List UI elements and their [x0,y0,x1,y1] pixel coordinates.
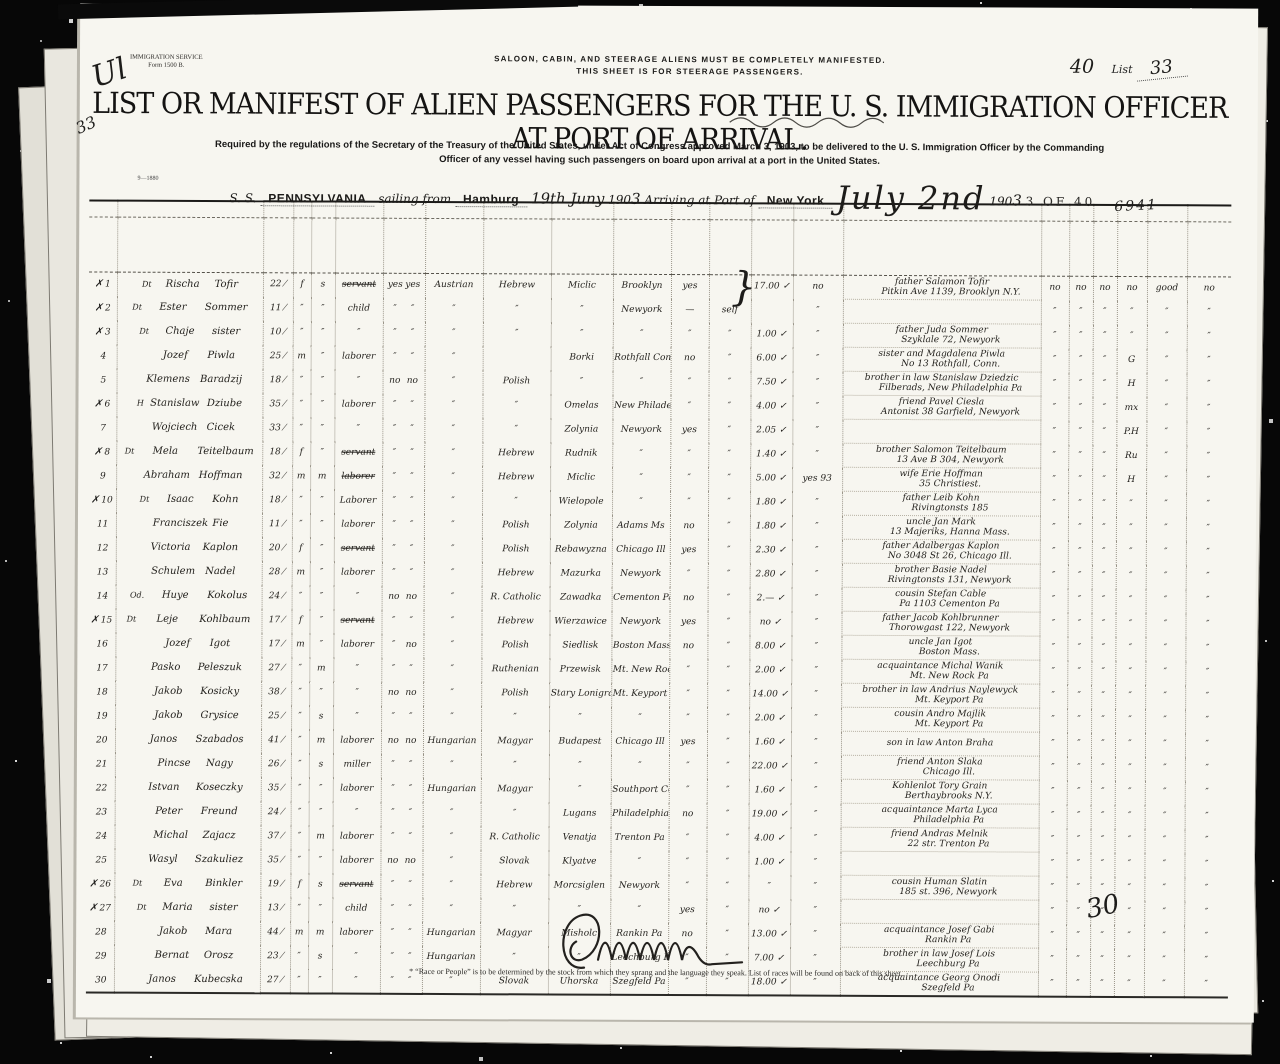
contract-labor-cell: ″ [1117,324,1147,348]
polygamist-cell: ″ [1067,612,1091,636]
row-number-cell: 13 [88,560,116,584]
nationality-cell: ″ [423,801,481,825]
deformed-cell: ″ [1186,493,1230,517]
margin-x-mark: ✗ [95,279,103,290]
read-write-cell: nono [382,585,424,609]
row-number-cell: 9 [88,464,116,488]
relative-line1: acquaintance Josef Gabi [884,925,994,935]
read-write-cell: ″″ [381,609,423,633]
read-value: ″ [386,425,404,435]
nationality-cell: ″ [422,873,480,897]
calling-value: servant [340,615,374,625]
nationality-cell: Austrian [425,273,483,297]
sailing-year: 190 [608,193,631,207]
row-number-cell: 19 [87,704,115,728]
surname: Zajacz [203,830,236,841]
write-value: ″ [401,929,419,939]
name-cell: DtEsterSommer [117,296,263,321]
race-cell: ″ [481,754,549,778]
race-cell: ″ [483,298,551,322]
relative-line1: father Juda Sommer [896,325,988,335]
write-value: ″ [403,569,421,579]
calling-cell: laborer [333,777,381,801]
relative-friend-cell: son in law Anton Braha [841,731,1039,756]
name-cell: HStanislawDziube [116,392,262,417]
ticket-cell: no [670,587,708,611]
ticket-cell: no [669,803,707,827]
money-cell: 2.00 ✓ [749,707,791,731]
ticket-cell: no [671,347,709,371]
calling-value: servant [339,879,373,889]
row-number-cell: 29 [86,944,114,968]
sex-cell: ″ [292,417,310,441]
destination-cell: Brooklyn [613,274,671,298]
relative-line2: Filberads, New Philadelphia Pa [844,383,1039,393]
calling-cell: child [332,897,380,921]
anarchist-cell: ″ [1092,516,1116,540]
health-cell: ″ [1146,541,1186,565]
contract-labor-cell: ″ [1115,732,1145,756]
relative-line2 [844,311,1039,312]
sailing-from-label: sailing from [378,192,451,206]
sex-cell: ″ [293,321,311,345]
row-number: 28 [95,927,106,937]
manifest-sheet: IMMIGRATION SERVICEForm 1500 B. Ul 33 SA… [76,3,1258,1022]
steerage-notice: SALOON, CABIN, AND STEERAGE ALIENS MUST … [410,53,970,79]
calling-cell: child [335,297,383,321]
deformed-cell: ″ [1186,541,1230,565]
arrival-year-digit: 3 [1012,192,1022,210]
age-cell: 18 [262,489,292,513]
passage-paid-cell: ″ [708,515,750,539]
ticket-cell: — [671,299,709,323]
list-number-line: 40 List 33 [1070,56,1187,80]
health-cell: ″ [1146,493,1186,517]
health-cell: ″ [1145,613,1185,637]
read-write-cell: nono [381,729,423,753]
sex-cell: ″ [291,777,309,801]
column-header-row [89,217,1231,277]
money-cell [751,299,793,323]
polygamist-cell: ″ [1068,444,1092,468]
passage-paid-cell: ″ [709,323,751,347]
write-value: ″ [403,521,421,531]
destination-cell: Philadelphia Pa [611,802,669,826]
row-number: 19 [96,711,107,721]
race-cell: Hebrew [482,466,550,490]
calling-value: Laborer [340,495,376,505]
nationality-cell: ″ [425,369,483,393]
anarchist-cell: ″ [1091,708,1115,732]
relative-line1: uncle Jan Igot [909,637,973,647]
given-name: Michal [143,831,199,842]
prison-cell: ″ [1040,588,1068,612]
ss-label: S. S. [229,191,256,205]
name-cell: DtLejeKohlbaum [115,608,261,633]
ship-name: PENNSYLVANIA [260,191,374,206]
contract-labor-cell: ″ [1114,924,1144,948]
row-number-cell: 7 [88,416,116,440]
row-number-cell: 18 [87,680,115,704]
relative-friend-cell: brother in law Andrius NaylewyckMt. Keyp… [841,683,1039,708]
read-value: ″ [386,305,404,315]
dt-annotation: Dt [127,615,137,624]
name-cell: PeterFreund [115,800,261,825]
age-cell: 18 [262,441,292,465]
row-number-cell: ✗8 [88,440,116,464]
row-number: 2 [105,303,111,313]
nationality-cell: ″ [424,537,482,561]
prison-cell: ″ [1039,780,1067,804]
last-residence-cell: Wierzawice [549,610,611,634]
health-cell: ″ [1146,565,1186,589]
married-single-cell: ″ [311,321,335,345]
race-cell: Hebrew [480,874,548,898]
row-number-cell: 5 [89,368,117,392]
last-residence-cell: Budapest [549,730,611,754]
read-value: ″ [386,401,404,411]
row-number: 23 [96,807,107,817]
nationality-cell: ″ [423,705,481,729]
married-single-cell: ″ [310,393,334,417]
calling-cell: servant [335,273,383,297]
column-header [1093,221,1117,276]
married-single-cell: s [309,705,333,729]
write-value: ″ [401,905,419,915]
ever-before-cell: ″ [792,395,842,419]
row-number-cell: 16 [87,632,115,656]
relative-line2 [842,863,1037,864]
name-cell: DtRischaTofir [117,272,263,297]
married-single-cell: ″ [309,633,333,657]
money-cell: 14.00 ✓ [749,683,791,707]
deformed-cell: ″ [1187,301,1231,325]
passage-paid-cell: ″ [706,875,748,899]
money-cell: 1.60 ✓ [749,731,791,755]
relative-line1: wife Erie Hoffman [899,469,982,479]
margin-x-mark: ✗ [94,398,102,409]
nationality-cell: ″ [425,345,483,369]
sex-cell: ″ [290,849,308,873]
polygamist-cell: ″ [1067,756,1091,780]
calling-value: laborer [340,783,373,793]
contract-labor-cell: P.H [1116,420,1146,444]
anarchist-cell: ″ [1090,948,1114,972]
surname: Kaplon [203,542,239,553]
relative-line2: 22 str. Trenton Pa [842,839,1037,849]
last-residence-cell: Zolynia [550,514,612,538]
sex-cell: ″ [292,393,310,417]
health-cell: ″ [1147,373,1187,397]
given-name: Klemens [140,375,196,386]
calling-value: ″ [356,663,359,673]
destination-cell: Newyork [613,298,671,322]
margin-x-mark: ✗ [91,494,99,505]
relative-line1: brother in law Andrius Naylewyck [862,685,1018,696]
age-cell: 22 [263,273,293,297]
married-single-cell: s [311,273,335,297]
deformed-cell: ″ [1186,469,1230,493]
write-value: ″ [401,881,419,891]
nationality-cell: ″ [424,513,482,537]
calling-value: servant [341,447,375,457]
prison-cell: ″ [1039,828,1067,852]
ever-before-cell: ″ [792,419,842,443]
surname: Grysice [200,710,238,721]
read-value: ″ [385,641,403,651]
polygamist-cell: ″ [1068,516,1092,540]
prison-cell: ″ [1039,756,1067,780]
row-number: 5 [100,375,106,385]
relative-line2: Mt. New Rock Pa [843,671,1038,681]
destination-cell: ″ [611,754,669,778]
given-name: Franciszek [152,519,208,530]
calling-cell: laborer [334,513,382,537]
margin-x-mark: ✗ [95,302,103,313]
relative-line1: friend Anton Slaka [897,757,983,767]
read-write-cell: ″″ [382,537,424,561]
relative-friend-cell: brother Basie NadelRivingtonsts 131, New… [842,563,1040,588]
given-name: Schulem [145,567,201,578]
money-cell: 1.80 ✓ [750,515,792,539]
destination-cell: Adams Ms [612,514,670,538]
race-cell: ″ [480,898,548,922]
name-cell: JakobGrysice [115,704,261,729]
arriving-label: Arriving at Port of [644,193,755,207]
row-number-cell: ✗3 [89,320,117,344]
calling-cell: laborer [334,561,382,585]
contract-labor-cell: ″ [1115,756,1145,780]
row-number: 6 [105,399,111,409]
read-write-cell: ″″ [381,777,423,801]
passage-paid-cell: ″ [707,683,749,707]
age-cell: 17 [261,633,291,657]
married-single-cell: ″ [311,345,335,369]
contract-labor-cell: ″ [1115,660,1145,684]
health-cell: ″ [1147,301,1187,325]
ever-before-cell: ″ [791,827,841,851]
health-cell: ″ [1145,709,1185,733]
married-single-cell: ″ [310,513,334,537]
sex-cell: m [291,633,309,657]
health-cell: ″ [1146,469,1186,493]
calling-value: child [345,903,367,913]
race-cell: ″ [482,394,550,418]
relative-friend-cell: brother in law Stanislaw DziedzicFilbera… [843,371,1041,396]
married-single-cell: s [308,873,332,897]
polygamist-cell: ″ [1067,636,1091,660]
calling-cell: laborer [332,921,380,945]
read-value: ″ [384,785,402,795]
calling-value: ″ [357,327,360,337]
married-single-cell: m [309,729,333,753]
name-cell: DtEvaBinkler [114,872,260,897]
read-write-cell: yesyes [383,273,425,297]
sex-cell: ″ [292,585,310,609]
surname: Cicek [207,422,235,433]
given-name: Pincse [146,759,202,770]
write-value: no [404,377,422,387]
nationality-cell: ″ [423,609,481,633]
married-single-cell: ″ [309,681,333,705]
read-value: ″ [386,329,404,339]
calling-cell: laborer [333,729,381,753]
race-cell: Polish [483,370,551,394]
inspector-signature [546,897,836,988]
polygamist-cell: ″ [1067,708,1091,732]
ever-before-cell: ″ [791,683,841,707]
passage-paid-cell: ″ [708,539,750,563]
row-number: 1 [105,280,111,290]
dt-annotation: Dt [140,495,150,504]
prison-cell: ″ [1038,900,1066,924]
last-residence-cell: Morcsiglen [548,874,610,898]
passage-paid-cell: ″ [707,707,749,731]
ever-before-cell: ″ [790,851,840,875]
deformed-cell: ″ [1185,733,1229,757]
surname: sister [212,326,240,337]
calling-cell: ″ [334,417,382,441]
sex-cell: f [291,609,309,633]
ticket-cell: ″ [669,683,707,707]
ever-before-cell: ″ [791,707,841,731]
column-header [1041,221,1069,276]
surname: Hoffman [199,470,243,481]
name-cell: SchulemNadel [116,560,262,585]
nationality-cell: ″ [424,489,482,513]
read-value: no [384,857,402,867]
relative-friend-cell: friend Pavel CieslaAntonist 38 Garfield,… [842,395,1040,420]
married-single-cell: ″ [310,561,334,585]
margin-x-mark: ✗ [94,326,102,337]
film-speckles [0,0,2,2]
calling-value: ″ [357,375,360,385]
ever-before-cell: ″ [791,611,841,635]
handwritten-40: 40 [1070,56,1094,78]
relative-line2: Pitkin Ave 1139, Brooklyn N.Y. [844,287,1039,297]
passage-paid-cell: ″ [707,803,749,827]
last-residence-cell: Zolynia [550,418,612,442]
relative-friend-cell [843,299,1041,324]
age-cell: 19 [260,873,290,897]
contract-labor-cell: ″ [1116,516,1146,540]
relative-line1: friend Pavel Ciesla [899,397,984,407]
calling-cell: servant [334,537,382,561]
surname: Freund [201,806,238,817]
race-cell: Polish [482,514,550,538]
relative-line2: Chicago Ill. [842,767,1037,777]
nationality-cell: ″ [423,633,481,657]
relative-line1: brother Salomon Teitelbaum [876,445,1007,456]
given-name: Abraham [139,471,195,482]
nationality-cell: ″ [423,753,481,777]
write-value: no [402,737,420,747]
passage-paid-cell: ″ [708,443,750,467]
race-cell: ″ [482,490,550,514]
deformed-cell: ″ [1186,589,1230,613]
sex-cell: f [292,441,310,465]
ticket-cell: yes [670,419,708,443]
health-cell: ″ [1145,805,1185,829]
calling-value: servant [341,543,375,553]
given-name: Isaac [152,495,208,506]
read-value: ″ [386,473,404,483]
calling-value: ″ [354,951,357,961]
given-name: Huye [147,591,203,602]
name-cell: DtMariasister [114,896,260,921]
ticket-cell: ″ [670,443,708,467]
calling-value: laborer [342,399,375,409]
relative-line1: sister and Magdalena Piwla [878,349,1005,360]
relative-line1: father Jacob Kohlbrunner [882,613,998,624]
married-single-cell: s [309,753,333,777]
passage-paid-cell: ″ [709,347,751,371]
last-residence-cell: ″ [549,754,611,778]
race-cell: Magyar [481,778,549,802]
money-cell: 7.50 ✓ [751,371,793,395]
sex-cell: ″ [290,945,308,969]
dt-annotation: Dt [132,303,142,312]
money-cell: 1.40 ✓ [750,443,792,467]
calling-cell: servant [334,441,382,465]
relative-line2: 13 Majeriks, Hanna Mass. [843,527,1038,537]
relative-line1: friend Andras Melnik [891,829,988,839]
name-cell: DtMelaTeitelbaum [116,440,262,465]
anarchist-cell: ″ [1091,780,1115,804]
ticket-cell: yes [670,539,708,563]
destination-cell: Cementon Pa [612,586,670,610]
passage-paid-cell: ″ [708,563,750,587]
row-number-cell: ✗26 [86,872,114,896]
nationality-cell: ″ [423,825,481,849]
destination-cell: Newyork [612,418,670,442]
sex-cell: ″ [291,825,309,849]
prison-cell: ″ [1038,924,1066,948]
surname: Kubecska [194,974,243,985]
calling-cell: ″ [333,681,381,705]
health-cell: ″ [1145,829,1185,853]
read-write-cell: ″″ [382,441,424,465]
given-name: Peter [141,807,197,818]
prison-cell: ″ [1039,636,1067,660]
married-single-cell: ″ [310,441,334,465]
write-value: yes [404,281,422,291]
surname: Peleszuk [198,662,242,673]
health-cell: ″ [1147,349,1187,373]
relative-line2: Antonist 38 Garfield, Newyork [844,407,1039,417]
row-number-cell: 23 [87,800,115,824]
write-value: ″ [402,713,420,723]
relative-friend-cell: cousin Human Slatin185 st. 396, Newyork [840,875,1038,900]
surname: Koseczky [196,782,243,793]
health-cell: ″ [1144,901,1184,925]
read-value: ″ [385,497,403,507]
calling-cell: Laborer [334,489,382,513]
relative-line2: 13 Ave B 304, Newyork [844,455,1039,465]
married-single-cell: ″ [310,417,334,441]
given-name: Istvan [136,783,192,794]
contract-labor-cell: ″ [1115,612,1145,636]
ticket-cell: yes [671,275,709,299]
destination-cell: ″ [612,490,670,514]
race-cell: ″ [483,322,551,346]
calling-cell: ″ [334,585,382,609]
given-name: Stanislaw [147,399,203,410]
race-cell: Slovak [480,850,548,874]
read-write-cell: nono [383,369,425,393]
money-cell: 8.00 ✓ [749,635,791,659]
married-single-cell: m [308,921,332,945]
